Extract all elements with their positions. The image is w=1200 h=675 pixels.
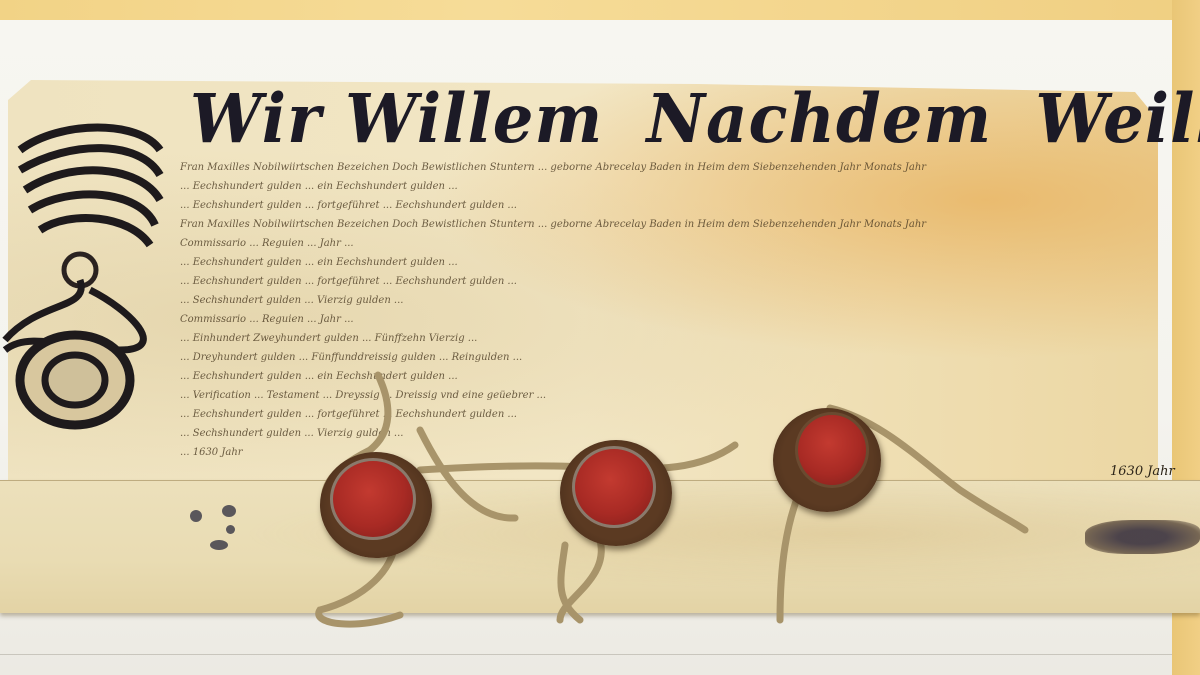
- wax-seal-center: [572, 446, 656, 528]
- text-line: Fran Maxilles Nobilwiirtschen Bezeichen …: [180, 158, 1140, 177]
- seal-holder-right: [773, 408, 881, 512]
- ink-stain: [210, 540, 228, 550]
- wooden-surface-top: [0, 0, 1200, 22]
- text-line: ... Eechshundert gulden ... ein Eechshun…: [180, 177, 1140, 196]
- ink-stain: [190, 510, 202, 522]
- text-line: Commissario ... Reguien ... Jahr ...: [180, 310, 1140, 329]
- wax-seal-left: [330, 458, 416, 540]
- ink-blot-right: [1085, 520, 1200, 554]
- text-line: ... Eechshundert gulden ... fortgeführet…: [180, 272, 1140, 291]
- text-line: ... Sechshundert gulden ... Vierzig guld…: [180, 424, 1140, 443]
- wax-seal-right: [795, 412, 869, 488]
- text-line: ... Verification ... Testament ... Dreys…: [180, 386, 1140, 405]
- heading-word: Wir Willem: [190, 78, 603, 162]
- decorated-initial-ornament: [0, 80, 180, 430]
- text-line: ... Einhundert Zweyhundert gulden ... Fü…: [180, 329, 1140, 348]
- text-line: ... Dreyhundert gulden ... Fünffunddreis…: [180, 348, 1140, 367]
- text-line: ... Eechshundert gulden ... fortgeführet…: [180, 196, 1140, 215]
- seal-holder-center: [560, 440, 672, 546]
- text-line: Fran Maxilles Nobilwiirtschen Bezeichen …: [180, 215, 1140, 234]
- text-line: ... Eechshundert gulden ... ein Eechshun…: [180, 253, 1140, 272]
- text-line: ... Eechshundert gulden ... fortgeführet…: [180, 405, 1140, 424]
- heading-word: Weillendt: [1035, 78, 1200, 162]
- document-heading: Wir Willem Nachdem Weillendt die Edle Tu…: [190, 78, 1140, 162]
- text-line: ... Eechshundert gulden ... ein Eechshun…: [180, 367, 1140, 386]
- text-line: ... 1630 Jahr: [180, 443, 1140, 462]
- handwritten-body-text: Fran Maxilles Nobilwiirtschen Bezeichen …: [180, 158, 1140, 488]
- text-line: ... Sechshundert gulden ... Vierzig guld…: [180, 291, 1140, 310]
- text-line: Commissario ... Reguien ... Jahr ...: [180, 234, 1140, 253]
- document-date: 1630 Jahr: [1110, 464, 1175, 479]
- ink-stain: [226, 525, 235, 534]
- ink-stain: [222, 505, 236, 517]
- heading-word: Nachdem: [646, 78, 992, 162]
- mat-edge-line: [0, 654, 1172, 655]
- seal-holder-left: [320, 452, 432, 558]
